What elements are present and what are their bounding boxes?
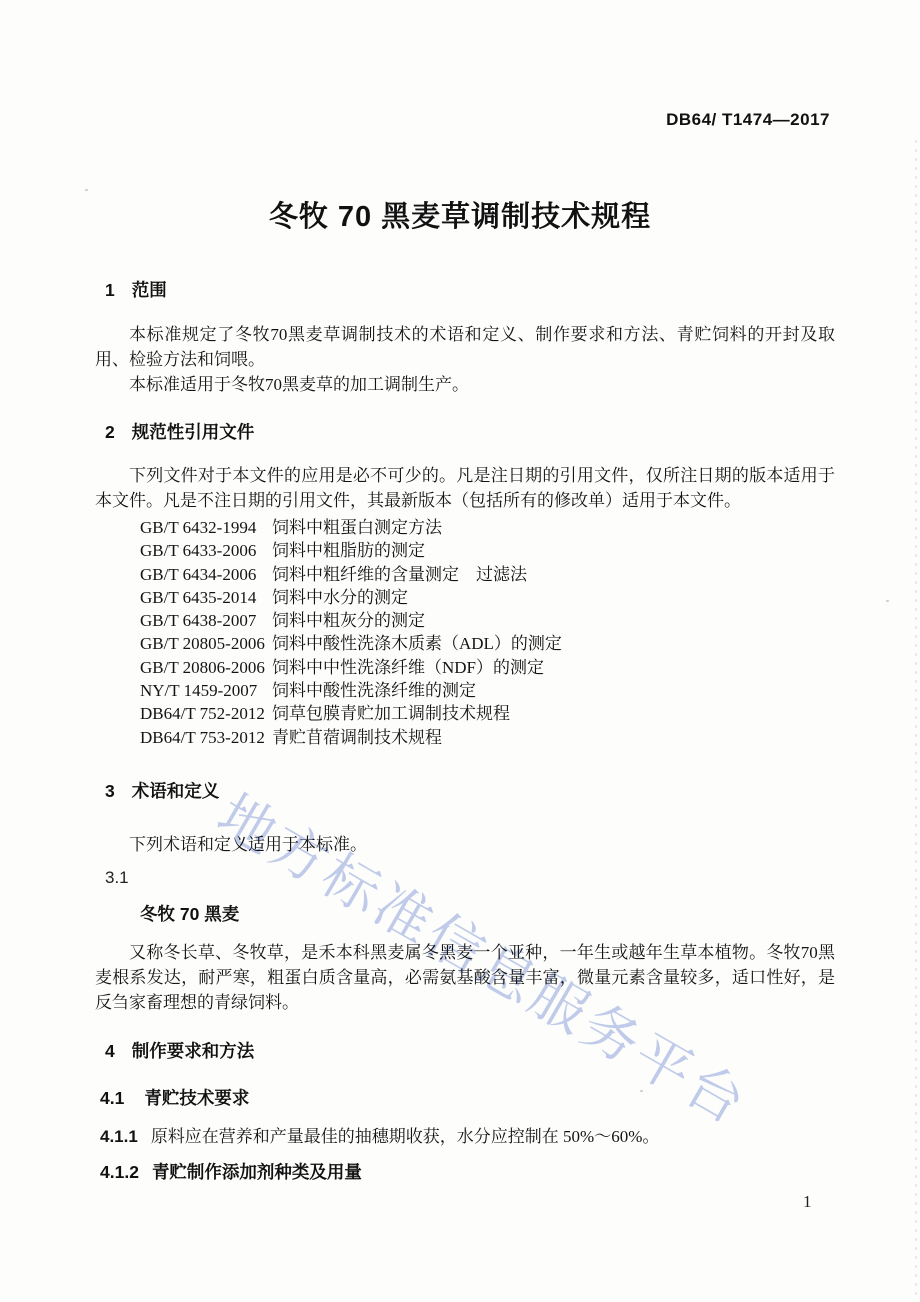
- term-title: 冬牧 70 黑麦: [140, 901, 239, 926]
- section-1-body: 本标准规定了冬牧70黑麦草调制技术的术语和定义、制作要求和方法、青贮饲料的开封及…: [95, 322, 835, 397]
- section-3-title: 术语和定义: [132, 778, 220, 803]
- references-intro-paragraph: 下列文件对于本文件的应用是必不可少的。凡是注日期的引用文件，仅所注日期的版本适用…: [95, 463, 835, 513]
- reference-item: GB/T 6433-2006 饲料中粗脂肪的测定: [140, 539, 840, 562]
- reference-title: 饲料中酸性洗涤纤维的测定: [272, 679, 476, 702]
- reference-title: 饲料中水分的测定: [272, 586, 408, 609]
- section-2-intro: 下列文件对于本文件的应用是必不可少的。凡是注日期的引用文件，仅所注日期的版本适用…: [95, 463, 835, 513]
- terms-intro: 下列术语和定义适用于本标准。: [95, 832, 835, 857]
- reference-code: DB64/T 752-2012: [140, 702, 272, 725]
- section-2-number: 2: [105, 422, 115, 443]
- document-title: 冬牧 70 黑麦草调制技术规程: [0, 194, 920, 235]
- section-3-heading: 3 术语和定义: [105, 778, 835, 803]
- reference-code: NY/T 1459-2007: [140, 679, 272, 702]
- clause-4-1-title: 青贮技术要求: [144, 1085, 249, 1110]
- clause-4-1-number: 4.1: [100, 1088, 124, 1109]
- scan-speck: [85, 189, 88, 191]
- section-1-heading: 1 范围: [105, 277, 835, 302]
- clause-4-1-1-number: 4.1.1: [100, 1124, 138, 1149]
- reference-title: 饲料中粗纤维的含量测定 过滤法: [272, 563, 527, 586]
- scan-edge-noise: [915, 140, 917, 1300]
- reference-item: NY/T 1459-2007 饲料中酸性洗涤纤维的测定: [140, 679, 840, 702]
- reference-title: 饲料中粗脂肪的测定: [272, 539, 425, 562]
- reference-item: GB/T 20805-2006 饲料中酸性洗涤木质素（ADL）的测定: [140, 632, 840, 655]
- reference-code: GB/T 6435-2014: [140, 586, 272, 609]
- clause-4-1-2-heading: 4.1.2 青贮制作添加剂种类及用量: [100, 1159, 830, 1184]
- section-2-title: 规范性引用文件: [132, 419, 255, 444]
- reference-item: GB/T 6435-2014 饲料中水分的测定: [140, 586, 840, 609]
- reference-code: GB/T 6433-2006: [140, 539, 272, 562]
- terms-intro-paragraph: 下列术语和定义适用于本标准。: [95, 832, 835, 857]
- section-2-heading: 2 规范性引用文件: [105, 419, 835, 444]
- clause-4-1-1-text: 原料应在营养和产量最佳的抽穗期收获，水分应控制在 50%～60%。: [151, 1124, 660, 1149]
- reference-title: 饲料中粗灰分的测定: [272, 609, 425, 632]
- reference-item: GB/T 6432-1994 饲料中粗蛋白测定方法: [140, 516, 840, 539]
- section-3-number: 3: [105, 781, 115, 802]
- reference-item: DB64/T 752-2012 饲草包膜青贮加工调制技术规程: [140, 702, 840, 725]
- term-definition-paragraph: 又称冬长草、冬牧草，是禾本科黑麦属冬黑麦一个亚种，一年生或越年生草本植物。冬牧7…: [95, 940, 835, 1015]
- reference-title: 饲料中中性洗涤纤维（NDF）的测定: [272, 656, 544, 679]
- section-4-heading: 4 制作要求和方法: [105, 1038, 835, 1063]
- reference-item: GB/T 6438-2007 饲料中粗灰分的测定: [140, 609, 840, 632]
- reference-title: 饲料中粗蛋白测定方法: [272, 516, 442, 539]
- term-definition-block: 又称冬长草、冬牧草，是禾本科黑麦属冬黑麦一个亚种，一年生或越年生草本植物。冬牧7…: [95, 940, 835, 1015]
- section-1-title: 范围: [132, 277, 167, 302]
- reference-title: 青贮苜蓿调制技术规程: [272, 726, 442, 749]
- scan-speck: [640, 1090, 643, 1092]
- page-number: 1: [803, 1192, 812, 1212]
- clause-4-1-2-number: 4.1.2: [100, 1162, 139, 1183]
- scope-paragraph-2: 本标准适用于冬牧70黑麦草的加工调制生产。: [95, 372, 835, 397]
- section-1-number: 1: [105, 280, 115, 301]
- reference-item: GB/T 6434-2006 饲料中粗纤维的含量测定 过滤法: [140, 563, 840, 586]
- reference-code: GB/T 20806-2006: [140, 656, 272, 679]
- reference-code: GB/T 20805-2006: [140, 632, 272, 655]
- clause-4-1-heading: 4.1 青贮技术要求: [100, 1085, 830, 1110]
- reference-item: DB64/T 753-2012 青贮苜蓿调制技术规程: [140, 726, 840, 749]
- reference-code: GB/T 6438-2007: [140, 609, 272, 632]
- clause-4-1-1: 4.1.1 原料应在营养和产量最佳的抽穗期收获，水分应控制在 50%～60%。: [100, 1124, 838, 1149]
- standard-code-header: DB64/ T1474—2017: [666, 110, 830, 130]
- scan-speck: [886, 600, 889, 602]
- document-page: DB64/ T1474—2017 冬牧 70 黑麦草调制技术规程 1 范围 本标…: [0, 0, 920, 1302]
- reference-code: GB/T 6432-1994: [140, 516, 272, 539]
- section-4-number: 4: [105, 1041, 115, 1062]
- reference-code: DB64/T 753-2012: [140, 726, 272, 749]
- scope-paragraph-1: 本标准规定了冬牧70黑麦草调制技术的术语和定义、制作要求和方法、青贮饲料的开封及…: [95, 322, 835, 372]
- reference-title: 饲草包膜青贮加工调制技术规程: [272, 702, 510, 725]
- normative-references-list: GB/T 6432-1994 饲料中粗蛋白测定方法 GB/T 6433-2006…: [140, 516, 840, 749]
- reference-code: GB/T 6434-2006: [140, 563, 272, 586]
- reference-item: GB/T 20806-2006 饲料中中性洗涤纤维（NDF）的测定: [140, 656, 840, 679]
- clause-4-1-2-title: 青贮制作添加剂种类及用量: [152, 1159, 362, 1184]
- section-4-title: 制作要求和方法: [132, 1038, 255, 1063]
- clause-3-1-number: 3.1: [105, 868, 129, 888]
- reference-title: 饲料中酸性洗涤木质素（ADL）的测定: [272, 632, 562, 655]
